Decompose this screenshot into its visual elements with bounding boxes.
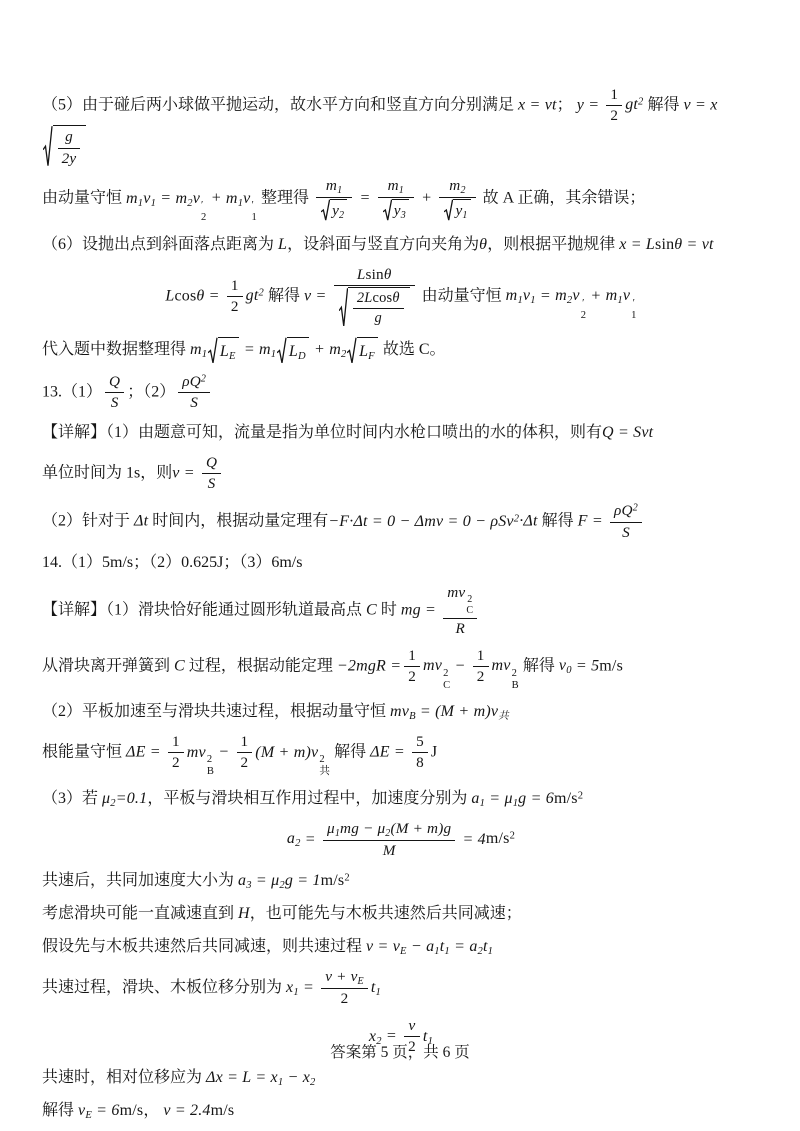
radicand: y2 bbox=[330, 199, 347, 221]
text-run: ，设斜面与竖直方向夹角为 bbox=[287, 236, 479, 253]
fraction-denominator: 2 bbox=[227, 297, 243, 316]
run-text: m bbox=[259, 341, 271, 358]
subscript: 2 bbox=[341, 349, 346, 360]
run-text: （5）由于碰后两小球做平抛运动，故水平方向和竖直方向分别满足 bbox=[42, 96, 518, 113]
math-run: x = L bbox=[619, 236, 655, 253]
text-run: 由动量守恒 bbox=[42, 190, 126, 207]
run-text: y = bbox=[577, 96, 604, 113]
math-run: v′2 bbox=[572, 287, 586, 304]
text-run: ，平板与滑块相互作用过程中，加速度分别为 bbox=[147, 790, 471, 807]
math-run: −F·Δt = 0 − Δmv = 0 − ρSv2 bbox=[328, 513, 519, 530]
roman-run: 2 bbox=[477, 668, 485, 685]
roman-run: m/s2 bbox=[321, 872, 350, 889]
text-run: 故 A 正确，其余错误； bbox=[479, 190, 646, 207]
math-run: LF bbox=[359, 343, 375, 360]
math-run: − bbox=[214, 744, 233, 761]
text-run: （5）由于碰后两小球做平抛运动，故水平方向和竖直方向分别满足 bbox=[42, 96, 518, 113]
run-text: −2mgR = bbox=[337, 657, 401, 674]
fraction-numerator: ρQ2 bbox=[610, 502, 642, 522]
roman-run: 1 bbox=[408, 647, 416, 664]
math-run: m2 bbox=[329, 341, 346, 358]
math-run: C bbox=[366, 602, 377, 619]
run-text: L bbox=[359, 343, 368, 360]
run-text: g = 1 bbox=[285, 872, 321, 889]
math-run: Q = Svt bbox=[602, 424, 653, 441]
math-run: m1 bbox=[606, 287, 623, 304]
math-run: m1 bbox=[506, 287, 523, 304]
roman-run: J bbox=[431, 744, 437, 761]
fraction-denominator: S bbox=[610, 523, 642, 542]
math-run: v bbox=[409, 1017, 416, 1034]
paragraph: 14.（1）5m/s；（2）0.625J；（3）6m/s bbox=[42, 551, 760, 575]
text-run: ，则根据平抛规律 bbox=[487, 236, 619, 253]
run-text: μ bbox=[327, 820, 335, 837]
subscript: 共 bbox=[498, 711, 509, 722]
math-run: vE bbox=[78, 1102, 92, 1119]
fraction-denominator: S bbox=[178, 393, 210, 412]
run-text: 解得 bbox=[330, 744, 370, 761]
run-text: L bbox=[220, 343, 229, 360]
fraction-denominator: y1 bbox=[439, 198, 475, 221]
run-text: mv bbox=[492, 657, 511, 674]
run-text: Q = Svt bbox=[602, 424, 653, 441]
run-text: g bbox=[375, 310, 382, 326]
run-text: 解得 bbox=[264, 287, 304, 304]
text-run: ； bbox=[557, 96, 577, 113]
run-text: 14.（1）5m/s；（2）0.625J；（3）6m/s bbox=[42, 554, 302, 571]
run-text: 由动量守恒 bbox=[42, 190, 126, 207]
text-run: 解得 bbox=[644, 96, 684, 113]
run-text: C bbox=[366, 602, 377, 619]
superscript: 2 bbox=[633, 503, 638, 514]
run-text: ；（2） bbox=[127, 383, 175, 400]
math-run: m1 bbox=[226, 190, 243, 207]
run-text: ，则根据平抛规律 bbox=[487, 236, 619, 253]
text-run: （6）设抛出点到斜面落点距离为 bbox=[42, 236, 278, 253]
roman-run: 1 bbox=[610, 86, 618, 103]
subscript: 3 bbox=[401, 210, 406, 221]
math-fraction: 2Lcosθg bbox=[353, 290, 404, 328]
run-text: = bbox=[536, 287, 555, 304]
run-text: 2 bbox=[241, 754, 249, 771]
math-run: (M + m)v2共 bbox=[255, 744, 330, 761]
radicand: g2y bbox=[53, 125, 87, 167]
math-run: v = bbox=[304, 287, 331, 304]
run-text: ，也可能先与木板共速然后共同减速； bbox=[250, 905, 522, 922]
fraction-numerator: 1 bbox=[227, 277, 243, 297]
math-run: mv2C bbox=[447, 584, 473, 601]
math-run: v = bbox=[172, 464, 199, 481]
fraction-numerator: 2Lcosθ bbox=[353, 290, 404, 309]
math-run: v = x bbox=[684, 96, 718, 113]
paragraph: 单位时间为 1s，则v = QS bbox=[42, 454, 760, 493]
run-text: = bbox=[240, 341, 259, 358]
paragraph: 共速过程，滑块、木板位移分别为 x1 = v + vE2t1 bbox=[42, 968, 760, 1008]
math-run: y = bbox=[577, 96, 604, 113]
math-run: t1 bbox=[440, 938, 450, 955]
page-footer: 答案第 5 页，共 6 页 bbox=[0, 1040, 800, 1062]
math-run: a2 bbox=[469, 938, 483, 955]
math-run: = 6 bbox=[92, 1102, 120, 1119]
fraction-numerator: g bbox=[58, 128, 81, 148]
math-run: g = 1 bbox=[285, 872, 321, 889]
math-run: v′1 bbox=[623, 287, 637, 304]
run-text: − bbox=[450, 657, 469, 674]
math-run: v = 2.4 bbox=[163, 1102, 210, 1119]
math-run: m1 bbox=[259, 341, 276, 358]
run-text: gt bbox=[625, 96, 638, 113]
radicand: y3 bbox=[392, 199, 409, 221]
math-run: m1 bbox=[388, 177, 404, 194]
math-fraction: QS bbox=[202, 454, 221, 493]
roman-run: 1 bbox=[241, 733, 249, 750]
paragraph: （6）设抛出点到斜面落点距离为 L，设斜面与竖直方向夹角为θ，则根据平抛规律 x… bbox=[42, 233, 760, 257]
text-run: 共速过程，滑块、木板位移分别为 bbox=[42, 979, 286, 996]
math-run: + bbox=[586, 287, 605, 304]
subscript: 2 bbox=[201, 212, 206, 224]
fraction-denominator: S bbox=[105, 393, 124, 412]
math-run: m2 bbox=[555, 287, 572, 304]
fraction-denominator: 2 bbox=[473, 667, 489, 686]
run-text: − bbox=[214, 744, 233, 761]
radical-sign-icon bbox=[321, 199, 330, 221]
run-text: 2L bbox=[357, 290, 373, 306]
run-text: 2y bbox=[62, 150, 77, 167]
math-run: m1 bbox=[126, 190, 143, 207]
math-run: (M + m)g bbox=[391, 820, 452, 837]
math-run: + bbox=[310, 341, 329, 358]
run-text: m bbox=[555, 287, 567, 304]
run-text: 【详解】（1）滑块恰好能通过圆形轨道最高点 bbox=[42, 602, 366, 619]
math-run: − x2 bbox=[283, 1069, 315, 1086]
run-text: gt bbox=[246, 287, 259, 304]
radical-sign-icon bbox=[208, 337, 218, 364]
roman-run: m/s bbox=[120, 1102, 144, 1119]
run-text: = bbox=[485, 790, 504, 807]
math-run: = bbox=[355, 190, 374, 207]
run-text: ； bbox=[557, 96, 577, 113]
math-run: Q bbox=[206, 454, 217, 471]
run-text: v = bbox=[304, 287, 331, 304]
fraction-numerator: Q bbox=[105, 373, 124, 393]
math-run: m2 bbox=[175, 190, 192, 207]
run-text: g bbox=[65, 128, 73, 145]
run-text: + bbox=[310, 341, 329, 358]
run-text: （2）平板加速至与滑块共速过程，根据动量守恒 bbox=[42, 703, 390, 720]
math-run: − bbox=[407, 938, 426, 955]
run-text: 共速过程，滑块、木板位移分别为 bbox=[42, 979, 286, 996]
math-run: μ2 bbox=[102, 790, 116, 807]
text-run: 共速时，相对位移应为 bbox=[42, 1069, 206, 1086]
run-text: L bbox=[357, 266, 366, 283]
fraction-denominator: 2 bbox=[237, 753, 253, 772]
run-text: θ = bbox=[196, 287, 223, 304]
math-square-root: y3 bbox=[383, 199, 409, 221]
math-run: = bbox=[156, 190, 175, 207]
math-run: ρQ2 bbox=[614, 502, 638, 519]
run-text: 1 bbox=[241, 733, 249, 750]
superscript: 2 bbox=[466, 594, 473, 605]
math-run: ΔE = bbox=[370, 744, 409, 761]
run-text: cos bbox=[373, 290, 393, 306]
math-run: g bbox=[65, 128, 73, 145]
math-run: S bbox=[190, 394, 198, 411]
run-text: 假设先与木板共速然后共同减速，则共速过程 bbox=[42, 938, 366, 955]
run-text: mv bbox=[390, 703, 409, 720]
math-fraction: g2y bbox=[58, 128, 81, 167]
run-text: 故选 C。 bbox=[379, 341, 446, 358]
run-text: 从滑块离开弹簧到 bbox=[42, 657, 174, 674]
text-run: （2）平板加速至与滑块共速过程，根据动量守恒 bbox=[42, 703, 390, 720]
run-text: mv bbox=[447, 584, 465, 601]
text-run: 假设先与木板共速然后共同减速，则共速过程 bbox=[42, 938, 366, 955]
math-run: ·Δt bbox=[519, 513, 537, 530]
subscript: 1 bbox=[251, 212, 256, 224]
run-text: 13.（1） bbox=[42, 383, 102, 400]
math-run: =0.1 bbox=[116, 790, 148, 807]
math-run: L bbox=[278, 236, 287, 253]
math-run: 2L bbox=[357, 290, 373, 306]
roman-run: m/s bbox=[599, 657, 623, 674]
math-run: y2 bbox=[332, 202, 344, 219]
math-run: mv2B bbox=[187, 744, 214, 761]
superscript: 2 bbox=[578, 790, 583, 801]
math-run: mv2C bbox=[423, 657, 450, 674]
run-text: + bbox=[207, 190, 226, 207]
run-text: 由动量守恒 bbox=[418, 287, 506, 304]
roman-run: cos bbox=[174, 287, 196, 304]
math-run: R bbox=[456, 620, 465, 637]
math-run: m1 bbox=[190, 341, 207, 358]
math-run: g bbox=[375, 310, 382, 326]
paragraph: 假设先与木板共速然后共同减速，则共速过程 v = vE − a1t1 = a2t… bbox=[42, 935, 760, 959]
run-text: v = 2.4 bbox=[163, 1102, 210, 1119]
run-text: v bbox=[572, 287, 579, 304]
fraction-denominator: 8 bbox=[412, 753, 428, 772]
run-text: 2 bbox=[477, 668, 485, 685]
run-text: m/s bbox=[211, 1102, 235, 1119]
run-text: = bbox=[299, 979, 318, 996]
run-text: ΔE = bbox=[370, 744, 409, 761]
run-text: mg = bbox=[401, 602, 440, 619]
math-run: = 5 bbox=[572, 657, 600, 674]
subscript: B bbox=[512, 680, 519, 692]
math-run: = bbox=[536, 287, 555, 304]
run-text: m bbox=[175, 190, 187, 207]
math-square-root: g2y bbox=[43, 125, 86, 167]
run-text: m bbox=[126, 190, 138, 207]
fraction-denominator: S bbox=[202, 474, 221, 493]
roman-run: 2 bbox=[231, 298, 239, 315]
fraction-denominator: 2 bbox=[168, 753, 184, 772]
run-text: 故 A 正确，其余错误； bbox=[479, 190, 646, 207]
fraction-numerator: 5 bbox=[412, 733, 428, 753]
math-run: H bbox=[238, 905, 250, 922]
math-run: Q bbox=[109, 373, 120, 390]
text-run: ， bbox=[143, 1102, 163, 1119]
paragraph: （2）平板加速至与滑块共速过程，根据动量守恒 mvB = (M + m)v共 bbox=[42, 700, 760, 724]
text-run: 解得 bbox=[519, 657, 559, 674]
subscript: 1 bbox=[337, 185, 342, 196]
roman-run: 1 bbox=[477, 647, 485, 664]
math-run: mg = bbox=[401, 602, 440, 619]
document-body: （5）由于碰后两小球做平抛运动，故水平方向和竖直方向分别满足 x = vt； y… bbox=[42, 86, 760, 1123]
subscript: 1 bbox=[631, 310, 636, 322]
run-text: = (M + m)v bbox=[416, 703, 498, 720]
paragraph: 共速时，相对位移应为 Δx = L = x1 − x2 bbox=[42, 1066, 760, 1090]
math-fraction: m2y1 bbox=[439, 177, 475, 221]
fraction-numerator: Q bbox=[202, 454, 221, 474]
subscript: 1 bbox=[271, 349, 276, 360]
fraction-numerator: 1 bbox=[168, 733, 184, 753]
subscript: E bbox=[400, 946, 407, 957]
run-text: − x bbox=[283, 1069, 310, 1086]
math-run: μ1 bbox=[504, 790, 518, 807]
run-text: y bbox=[332, 202, 339, 219]
run-text: x = vt bbox=[518, 96, 557, 113]
math-run: θ bbox=[392, 290, 399, 306]
math-run: m1 bbox=[326, 177, 342, 194]
run-text: m bbox=[449, 177, 460, 194]
run-text: m/s bbox=[599, 657, 623, 674]
run-text: m/s bbox=[554, 790, 578, 807]
run-text: = bbox=[450, 938, 469, 955]
run-text: v bbox=[409, 1017, 416, 1034]
math-run: v′1 bbox=[243, 190, 257, 207]
run-text: θ bbox=[479, 236, 487, 253]
math-fraction: 12 bbox=[606, 86, 622, 125]
run-text: = bbox=[252, 872, 271, 889]
fraction-numerator: m2 bbox=[439, 177, 475, 198]
math-square-root: y1 bbox=[444, 199, 470, 221]
radicand: y1 bbox=[453, 199, 470, 221]
run-text: − bbox=[407, 938, 426, 955]
math-run: LD bbox=[289, 343, 306, 360]
run-text: H bbox=[238, 905, 250, 922]
math-fraction: 12 bbox=[473, 647, 489, 686]
run-text: 1 bbox=[477, 647, 485, 664]
run-text: sin bbox=[655, 236, 674, 253]
math-run: x = vt bbox=[518, 96, 557, 113]
math-run: ρQ2 bbox=[182, 373, 206, 390]
math-fraction: QS bbox=[105, 373, 124, 412]
run-text: 解得 bbox=[538, 513, 578, 530]
fraction-numerator: v + vE bbox=[321, 968, 368, 989]
run-text: Q bbox=[109, 373, 120, 390]
run-text: a bbox=[238, 872, 246, 889]
math-run: C bbox=[174, 657, 185, 674]
math-run: −2mgR = bbox=[337, 657, 401, 674]
math-run: = bbox=[485, 790, 504, 807]
roman-run: m/s bbox=[211, 1102, 235, 1119]
run-text: x = L bbox=[619, 236, 655, 253]
text-run: 解得 bbox=[330, 744, 370, 761]
run-text: θ = vt bbox=[674, 236, 713, 253]
subscript: 1 bbox=[399, 185, 404, 196]
paragraph: Lcosθ = 12gt2 解得 v = Lsinθ2Lcosθg 由动量守恒 … bbox=[42, 266, 760, 328]
run-text: S bbox=[208, 475, 216, 492]
run-text: = bbox=[156, 190, 175, 207]
run-text: a bbox=[471, 790, 479, 807]
math-run: Δx = L = x1 bbox=[206, 1069, 283, 1086]
text-run: 根能量守恒 bbox=[42, 744, 126, 761]
subscript: 2 bbox=[581, 310, 586, 322]
run-text: m/s bbox=[486, 830, 510, 847]
run-text: 整理得 bbox=[257, 190, 313, 207]
run-text: （6）设抛出点到斜面落点距离为 bbox=[42, 236, 278, 253]
math-run: v + vE bbox=[325, 968, 364, 985]
math-run: LE bbox=[220, 343, 236, 360]
run-text: θ bbox=[392, 290, 399, 306]
math-fraction: 12 bbox=[404, 647, 420, 686]
math-run: mv2B bbox=[492, 657, 519, 674]
subscript: C bbox=[466, 605, 473, 616]
math-run: y1 bbox=[455, 202, 467, 219]
run-text: J bbox=[431, 744, 437, 761]
run-text: θ bbox=[384, 266, 392, 283]
run-text: g = 6 bbox=[518, 790, 554, 807]
math-run: = bbox=[301, 830, 320, 847]
subscript: 共 bbox=[319, 766, 330, 778]
roman-run: 1 bbox=[231, 277, 239, 294]
run-text: 根能量守恒 bbox=[42, 744, 126, 761]
run-text: v = x bbox=[684, 96, 718, 113]
math-run: v = vE bbox=[366, 938, 407, 955]
math-run: + bbox=[417, 190, 436, 207]
math-run: ΔE = bbox=[126, 744, 165, 761]
run-text: 解得 bbox=[42, 1102, 78, 1119]
radical-sign-icon bbox=[383, 199, 392, 221]
fraction-denominator: y3 bbox=[378, 198, 414, 221]
run-text: ΔE = bbox=[126, 744, 165, 761]
run-text: ，平板与滑块相互作用过程中，加速度分别为 bbox=[147, 790, 471, 807]
run-text: ，设斜面与竖直方向夹角为 bbox=[287, 236, 479, 253]
text-run: 13.（1） bbox=[42, 383, 102, 400]
run-text: 单位时间为 1s，则 bbox=[42, 464, 172, 481]
text-run: 时间内，根据动量定理有 bbox=[148, 513, 328, 530]
math-run: v1 bbox=[523, 287, 536, 304]
run-text: 解得 bbox=[644, 96, 684, 113]
fraction-numerator: ρQ2 bbox=[178, 373, 210, 393]
run-text: 共速时，相对位移应为 bbox=[42, 1069, 206, 1086]
radical-sign-icon bbox=[347, 337, 357, 364]
math-fraction: 12 bbox=[168, 733, 184, 772]
run-text: R bbox=[456, 620, 465, 637]
math-run: gt2 bbox=[246, 287, 264, 304]
math-run: a2 bbox=[287, 830, 301, 847]
roman-run: 8 bbox=[416, 754, 424, 771]
math-run: − bbox=[450, 657, 469, 674]
text-run: ，也可能先与木板共速然后共同减速； bbox=[250, 905, 522, 922]
radicand: 2Lcosθg bbox=[348, 287, 410, 328]
run-text: 考虑滑块可能一直减速直到 bbox=[42, 905, 238, 922]
run-text: 2 bbox=[172, 754, 180, 771]
math-run: θ bbox=[479, 236, 487, 253]
math-run: x1 bbox=[286, 979, 299, 996]
roman-run: 1 bbox=[172, 733, 180, 750]
math-run: + bbox=[207, 190, 226, 207]
subscript: 1 bbox=[462, 210, 467, 221]
sup-sub-stack: 2共 bbox=[319, 754, 330, 777]
roman-run: sin bbox=[655, 236, 674, 253]
math-run: μ2 bbox=[271, 872, 285, 889]
subscript: B bbox=[207, 766, 214, 778]
run-text: y bbox=[394, 202, 401, 219]
run-text: 过程，根据动能定理 bbox=[185, 657, 337, 674]
fraction-denominator: 2y bbox=[58, 149, 81, 168]
paragraph: （2）针对于 Δt 时间内，根据动量定理有−F·Δt = 0 − Δmv = 0… bbox=[42, 502, 760, 541]
text-run: 解得 bbox=[538, 513, 578, 530]
